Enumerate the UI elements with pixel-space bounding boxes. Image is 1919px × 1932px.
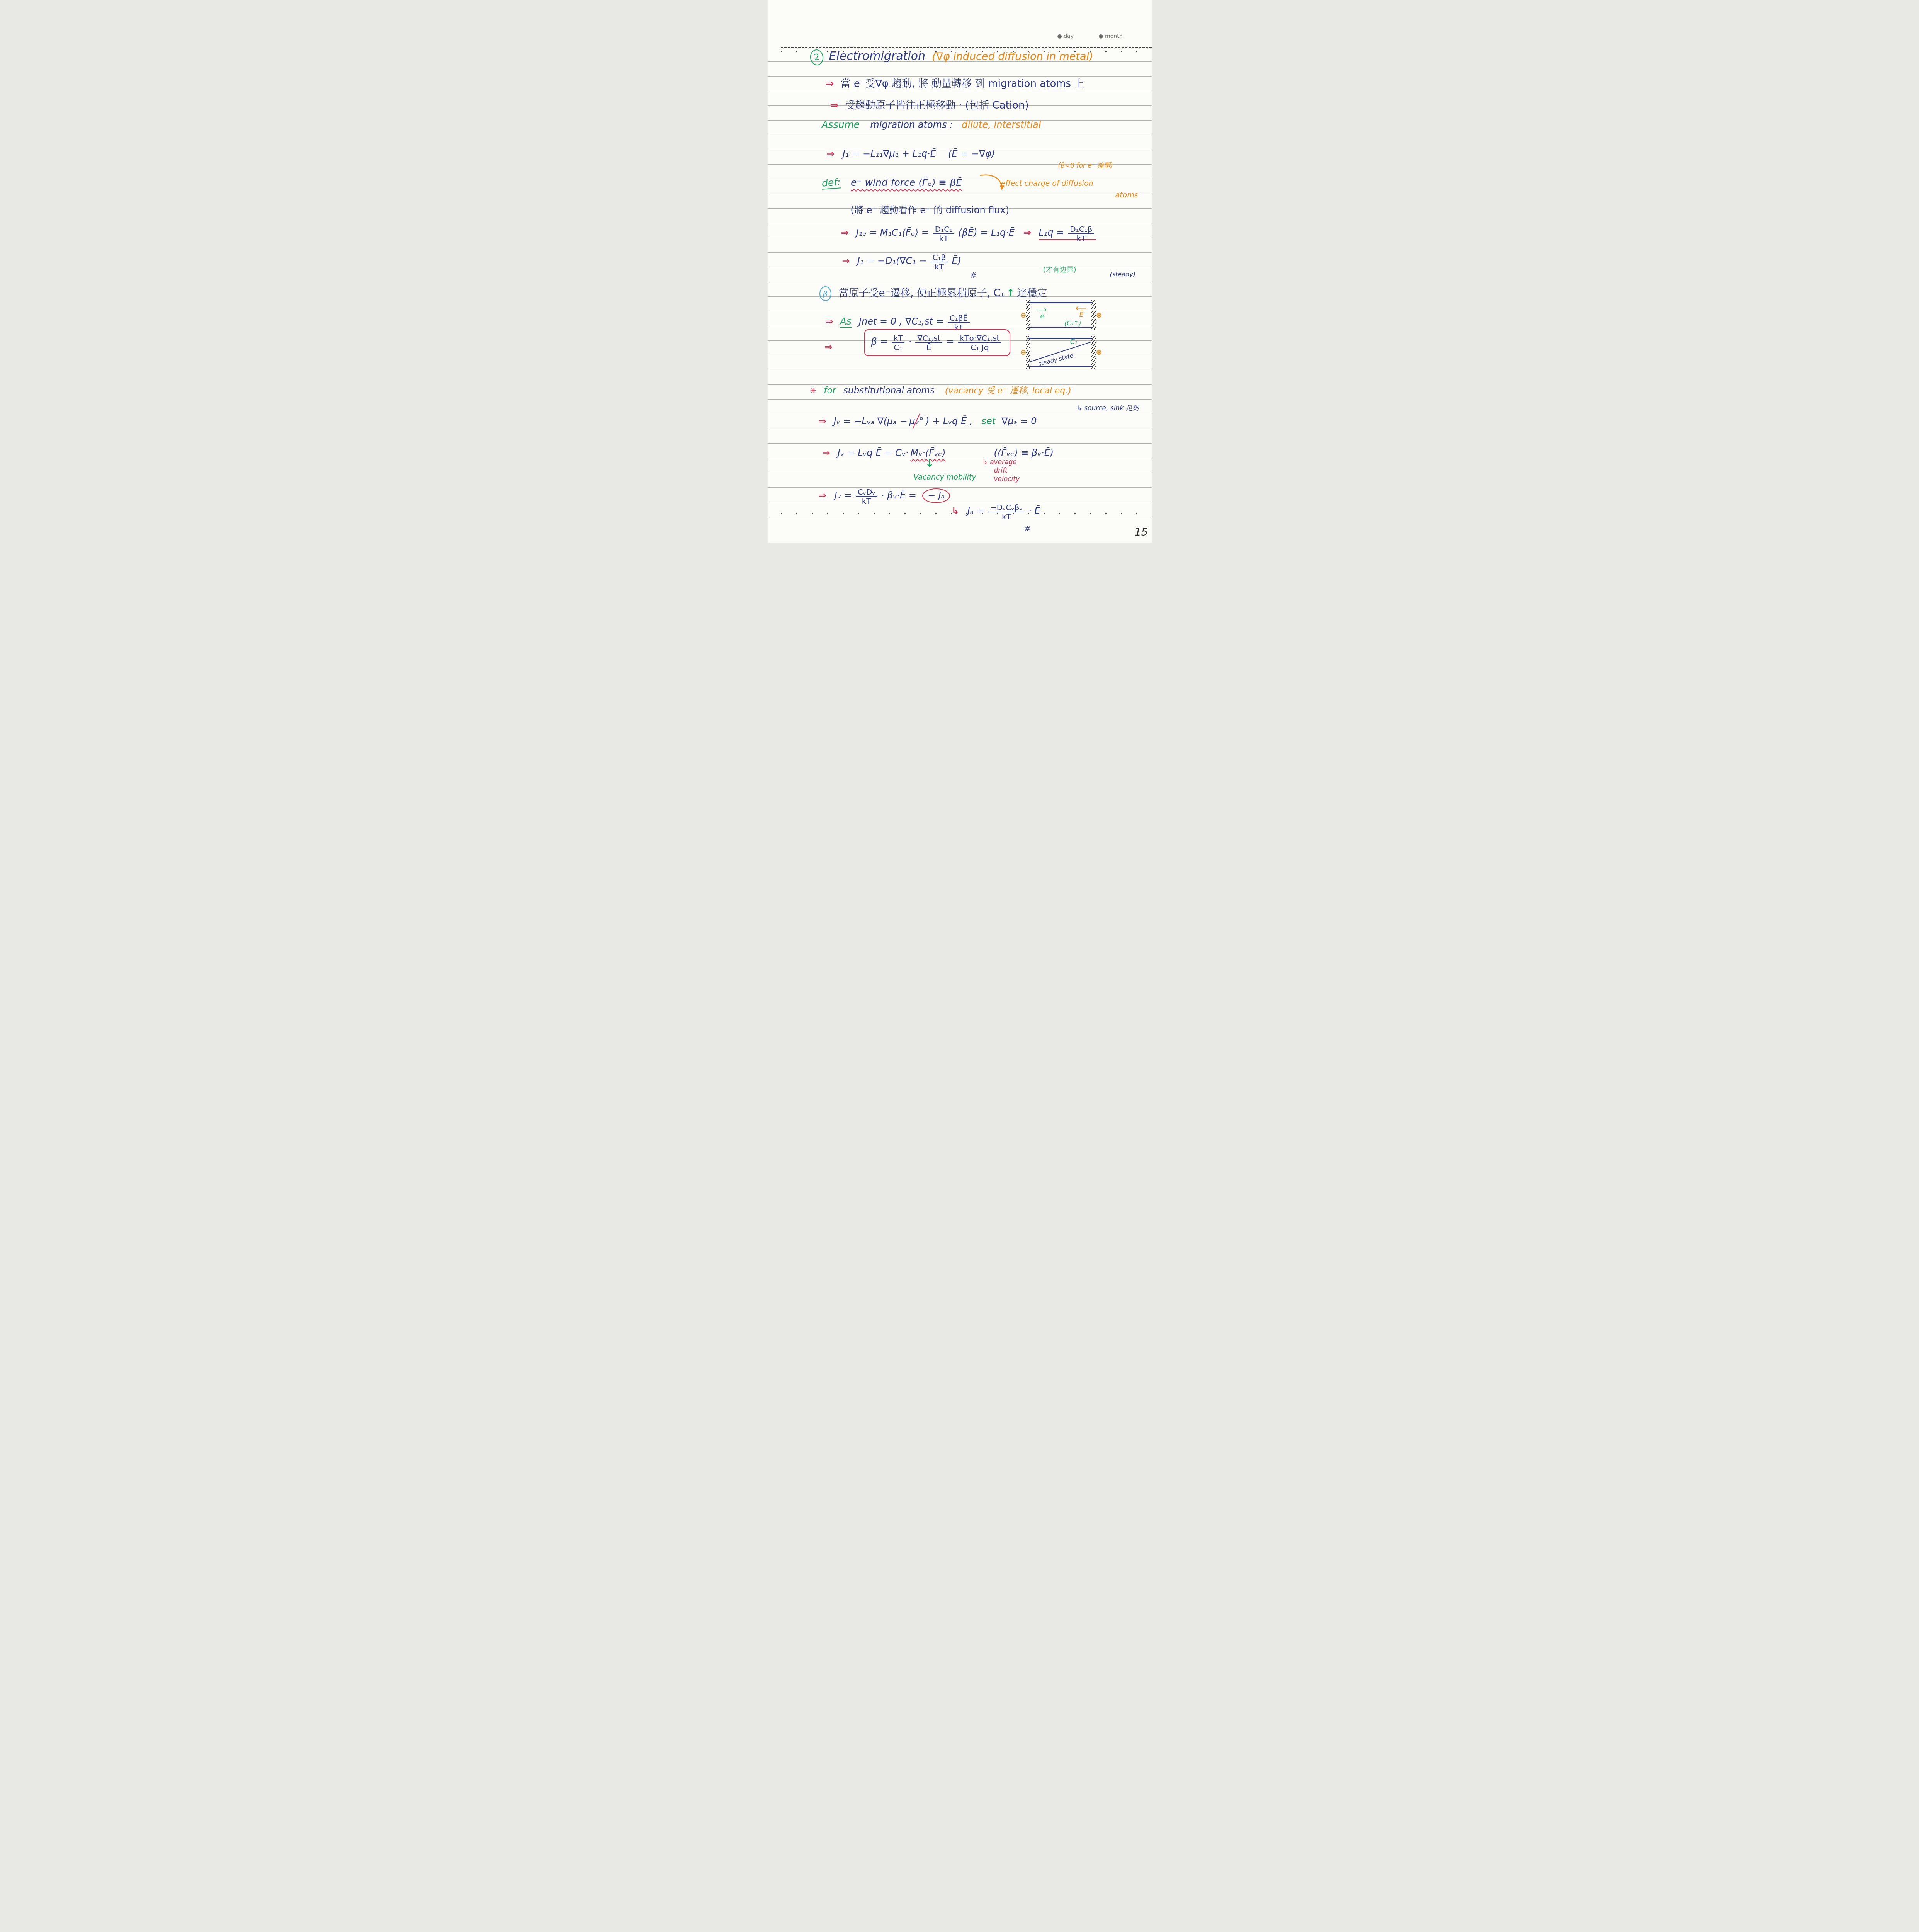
eq8-circled-text: − Jₐ bbox=[928, 490, 945, 501]
eq7-lhs: Jᵥ = Lᵥq Ē = Cᵥ· bbox=[838, 447, 909, 458]
eq3-frac-numerator: C₁β bbox=[931, 253, 948, 262]
assume-keyword: Assume bbox=[822, 119, 860, 130]
up-arrow-icon: ↑ bbox=[1006, 287, 1015, 299]
beta-sign-note: (β<0 for e⁻ 撞擊) bbox=[1058, 160, 1113, 170]
star-mark-icon: ✳ bbox=[810, 386, 817, 395]
eq2-rhs-lhs: L₁q = bbox=[1039, 227, 1064, 238]
hash-symbol: # bbox=[1023, 524, 1031, 534]
equation-j1-final: ⇒ J₁ = −D₁(∇C₁ − C₁β kT Ē) bbox=[842, 253, 961, 271]
definition-line: def: e⁻ wind force ⟨F̄ₑ⟩ ≡ βĒ bbox=[822, 177, 962, 189]
substitutional-line: ✳ for substitutional atoms (vacancy 受 e⁻… bbox=[810, 384, 1071, 396]
eq8-frac-denominator: kT bbox=[860, 497, 873, 505]
average-note-line1: ↳ average bbox=[982, 458, 1017, 466]
boundary-note-text: (才有边界) bbox=[1043, 266, 1076, 274]
day-dot-icon: ● bbox=[1057, 33, 1062, 39]
eq9-lhs: Jₐ = bbox=[967, 505, 984, 516]
title-paren-note: (∇φ induced diffusion in metal) bbox=[932, 51, 1093, 63]
effect-charge-note: effect charge of diffusion bbox=[1001, 179, 1093, 188]
page-title: Electromigration bbox=[829, 49, 925, 63]
eq6-pre: Jᵥ = −Lᵥₐ ∇(μₐ − bbox=[834, 416, 908, 427]
header-day-month: ● day ● month bbox=[1057, 33, 1123, 39]
eq2-frac1-numerator: D₁C₁ bbox=[933, 225, 954, 234]
eq3-pre: J₁ = −D₁(∇C₁ − bbox=[857, 255, 927, 266]
eq5-fraction-3: kTσ·∇C₁,st C₁ Jq bbox=[958, 334, 1002, 352]
plus-electrode-icon: ⊕ bbox=[1096, 311, 1102, 320]
steady-note: (steady) bbox=[1110, 270, 1135, 278]
qed-hash-mark: # bbox=[1023, 524, 1031, 534]
assume-line: Assume migration atoms : dilute, interst… bbox=[822, 119, 1041, 130]
average-note-2: drift bbox=[994, 467, 1008, 474]
eq7-aside: (⟨F̄ᵥₑ⟩ ≡ βᵥ·Ē) bbox=[994, 447, 1054, 458]
eq3-post: Ē) bbox=[952, 255, 961, 266]
down-arrow-icon: ↓ bbox=[925, 457, 934, 469]
eq2-frac2-numerator: D₁C₁β bbox=[1068, 225, 1094, 234]
beta-sign-note-text: (β<0 for e⁻ 撞擊) bbox=[1058, 162, 1113, 170]
eq5-frac1-numerator: kT bbox=[892, 334, 905, 343]
eq8-lhs: Jᵥ = bbox=[835, 490, 852, 501]
eq8-frac-numerator: CᵥDᵥ bbox=[856, 488, 877, 497]
def-keyword: def: bbox=[821, 176, 841, 189]
set-keyword: set bbox=[981, 416, 996, 427]
for-keyword: for bbox=[824, 386, 836, 396]
top-dashed-line bbox=[781, 47, 1152, 48]
eq8-fraction: CᵥDᵥ kT bbox=[856, 488, 877, 505]
electron-label: e⁻ bbox=[1040, 313, 1047, 320]
implies-arrow-icon: ⇒ bbox=[830, 100, 839, 111]
field-label: Ē bbox=[1079, 312, 1084, 318]
qed-hash-mark: # bbox=[969, 270, 977, 280]
steady-state-label: steady state bbox=[1038, 353, 1074, 367]
eq2-mid: (βĒ) = L₁q·Ē bbox=[958, 227, 1015, 238]
plus-electrode-icon: ⊕ bbox=[1096, 348, 1102, 357]
eq4-frac-numerator: C₁βĒ bbox=[948, 314, 970, 323]
eq5-frac2-numerator: ∇C₁,st bbox=[915, 334, 942, 343]
eq5-frac2-denominator: Ē bbox=[925, 343, 933, 352]
eq1-aside: (Ē = −∇φ) bbox=[948, 148, 995, 159]
left-hatch-wall bbox=[1026, 336, 1030, 369]
implies-arrow-icon: ⇒ bbox=[825, 342, 833, 352]
eq5-frac1-denominator: C₁ bbox=[892, 343, 904, 352]
eq5-equals: = bbox=[946, 336, 954, 347]
electromigration-bar-diagram: ⊖ ⟶ e⁻ ⟵ Ē (C₁↑) ⊕ bbox=[1020, 302, 1102, 328]
hash-symbol: # bbox=[969, 270, 977, 280]
page-number-text: 15 bbox=[1135, 526, 1148, 538]
boundary-note: (才有边界) bbox=[1043, 264, 1076, 274]
beta-circle-label: β bbox=[819, 286, 831, 301]
equation-ja: ↳ Jₐ = −DᵥCᵥβᵥ kT · Ē bbox=[952, 503, 1040, 521]
eq5-fraction-2: ∇C₁,st Ē bbox=[915, 334, 942, 352]
eq4-body: Jnet = 0 , ∇C₁,st = bbox=[859, 316, 944, 327]
implies-arrow-icon: ⇒ bbox=[826, 316, 833, 327]
eq5-frac3-numerator: kTσ·∇C₁,st bbox=[958, 334, 1002, 343]
assume-subject: migration atoms : bbox=[870, 119, 953, 130]
source-sink-note: ↳ source, sink 足夠 bbox=[1077, 403, 1139, 412]
title-line: 2 Electromigration (∇φ induced diffusion… bbox=[810, 49, 1093, 65]
eq5-fraction-1: kT C₁ bbox=[892, 334, 905, 352]
implies-arrow-icon: ⇒ bbox=[823, 447, 830, 458]
metal-bar-box: ⟶ e⁻ ⟵ Ē (C₁↑) bbox=[1028, 302, 1093, 328]
implies-arrow-icon: ⇒ bbox=[842, 255, 850, 266]
eq5-lhs: β = bbox=[871, 336, 888, 347]
assume-conditions: dilute, interstitial bbox=[962, 119, 1041, 130]
concentration-rise-label: (C₁↑) bbox=[1064, 320, 1081, 327]
effect-charge-note-line1: effect charge of diffusion bbox=[1001, 179, 1093, 188]
implies-arrow-icon: ⇒ bbox=[1023, 227, 1031, 238]
implies-arrow-icon: ⇒ bbox=[826, 78, 834, 90]
vacancy-mobility-label: Vacancy mobility bbox=[914, 473, 976, 481]
right-hatch-wall bbox=[1091, 300, 1096, 330]
eq2-fraction-2: D₁C₁β kT bbox=[1068, 225, 1094, 243]
eq2-frac2-denominator: kT bbox=[1074, 234, 1088, 243]
c1-label: C₁ bbox=[1070, 339, 1078, 345]
eq2-fraction-1: D₁C₁ kT bbox=[933, 225, 954, 243]
eq5-frac3-denominator: C₁ Jq bbox=[969, 343, 991, 352]
hook-arrow-icon: ↳ bbox=[952, 505, 959, 516]
flux-interpretation-note: (將 e⁻ 趨動看作 e⁻ 的 diffusion flux) bbox=[851, 202, 1010, 216]
vacancy-mobility-text: Vacancy mobility bbox=[914, 473, 976, 481]
title-index-circle: 2 bbox=[809, 49, 824, 66]
average-note-line3: velocity bbox=[994, 475, 1020, 483]
minus-electrode-icon: ⊖ bbox=[1020, 311, 1027, 320]
electron-flow-arrow-icon: ⟶ bbox=[1035, 306, 1047, 313]
circled-ja-term: − Jₐ bbox=[922, 488, 950, 503]
eq6-cancelled-mu: μᵥ° bbox=[909, 416, 924, 427]
eq8-mid: · βᵥ·Ē = bbox=[881, 490, 916, 501]
flux-note-text: (將 e⁻ 趨動看作 e⁻ 的 diffusion flux) bbox=[851, 205, 1010, 216]
eq2-frac1-denominator: kT bbox=[937, 234, 950, 243]
average-note-1: ↳ average bbox=[982, 458, 1017, 466]
wind-force-definition: e⁻ wind force ⟨F̄ₑ⟩ ≡ βĒ bbox=[851, 177, 962, 188]
implies-arrow-icon: ⇒ bbox=[827, 148, 835, 159]
month-dot-icon: ● bbox=[1098, 33, 1103, 39]
month-label: month bbox=[1105, 33, 1122, 39]
minus-electrode-icon: ⊖ bbox=[1020, 348, 1027, 357]
eq5-dot: · bbox=[909, 336, 912, 347]
implies-arrow-icon: ⇒ bbox=[819, 416, 826, 427]
right-hatch-wall bbox=[1091, 336, 1096, 369]
implies-arrow-icon: ⇒ bbox=[819, 490, 826, 501]
equation-jv-onsager: ⇒ Jᵥ = −Lᵥₐ ∇(μₐ − μᵥ° ) + Lᵥq Ē , set ∇… bbox=[819, 416, 1037, 427]
steady-note-text: (steady) bbox=[1110, 270, 1135, 278]
left-hatch-wall bbox=[1026, 300, 1030, 330]
equation-jv-final: ⇒ Jᵥ = CᵥDᵥ kT · βᵥ·Ē = − Jₐ bbox=[819, 488, 950, 505]
eq1-body: J₁ = −L₁₁∇μ₁ + L₁q·Ē bbox=[843, 148, 936, 159]
notebook-page: ● day ● month 2 Electromigration (∇φ ind… bbox=[768, 0, 1152, 543]
eq9-fraction: −DᵥCᵥβᵥ kT bbox=[988, 503, 1025, 521]
note-2-text: 受趨動原子皆往正極移動 · (包括 Cation) bbox=[845, 100, 1028, 111]
title-index: 2 bbox=[813, 52, 820, 63]
note-1-text: 當 e⁻受∇φ 趨動, 將 動量轉移 到 migration atoms 上 bbox=[840, 78, 1084, 90]
equation-beta-arrow: ⇒ bbox=[825, 342, 833, 352]
eq9-frac-denominator: kT bbox=[1000, 512, 1013, 521]
beta-statement-post: 達穩定 bbox=[1017, 287, 1047, 299]
field-arrow-icon: ⟵ bbox=[1076, 304, 1087, 312]
eq2-result-underlined: L₁q = D₁C₁β kT bbox=[1039, 230, 1096, 240]
substitutional-subject: substitutional atoms bbox=[843, 386, 935, 396]
eq6-post: ) + Lᵥq Ē , bbox=[926, 416, 972, 427]
equation-j1-onsager: ⇒ J₁ = −L₁₁∇μ₁ + L₁q·Ē (Ē = −∇φ) bbox=[827, 148, 995, 159]
eq3-fraction: C₁β kT bbox=[931, 253, 948, 271]
beta-label: β bbox=[823, 289, 828, 298]
average-note-line2: drift bbox=[994, 467, 1008, 474]
eq9-tail: · Ē bbox=[1028, 505, 1040, 516]
equation-j1e: ⇒ J₁ₑ = M₁C₁⟨F̄ₑ⟩ = D₁C₁ kT (βĒ) = L₁q·Ē… bbox=[841, 225, 1096, 243]
steady-state-profile-diagram: ⊖ C₁ steady state ⊕ bbox=[1020, 338, 1102, 367]
eq3-frac-denominator: kT bbox=[933, 262, 946, 271]
source-sink-note-text: ↳ source, sink 足夠 bbox=[1077, 405, 1139, 412]
equation-jv-mobility: ⇒ Jᵥ = Lᵥq Ē = Cᵥ· Mᵥ·⟨F̄ᵥₑ⟩ (⟨F̄ᵥₑ⟩ ≡ β… bbox=[823, 447, 1054, 458]
vacancy-paren-note: (vacancy 受 e⁻ 遷移, local eq.) bbox=[945, 386, 1071, 396]
implies-arrow-icon: ⇒ bbox=[841, 227, 849, 238]
note-line-2: ⇒ 受趨動原子皆往正極移動 · (包括 Cation) bbox=[830, 97, 1029, 112]
eq9-frac-numerator: −DᵥCᵥβᵥ bbox=[988, 503, 1025, 512]
effect-charge-note-2: atoms bbox=[1115, 191, 1138, 199]
note-line-1: ⇒ 當 e⁻受∇φ 趨動, 將 動量轉移 到 migration atoms 上 bbox=[826, 76, 1084, 90]
page-number: 15 bbox=[1135, 526, 1148, 538]
day-label: day bbox=[1064, 33, 1074, 39]
metal-bar-box: C₁ steady state bbox=[1028, 338, 1093, 367]
as-keyword: As bbox=[840, 316, 852, 328]
eq6-tail: ∇μₐ = 0 bbox=[1001, 416, 1037, 427]
beta-statement-pre: 當原子受e⁻遷移, 使正極累積原子, C₁ bbox=[839, 287, 1005, 299]
effect-charge-note-line2: atoms bbox=[1115, 191, 1138, 199]
eq2-lhs: J₁ₑ = M₁C₁⟨F̄ₑ⟩ = bbox=[856, 227, 929, 238]
beta-boxed-equation: β = kT C₁ · ∇C₁,st Ē = kTσ·∇C₁,st C₁ Jq bbox=[864, 329, 1011, 356]
average-note-3: velocity bbox=[994, 475, 1020, 483]
beta-statement-line: β 當原子受e⁻遷移, 使正極累積原子, C₁ ↑ 達穩定 bbox=[819, 285, 1047, 301]
